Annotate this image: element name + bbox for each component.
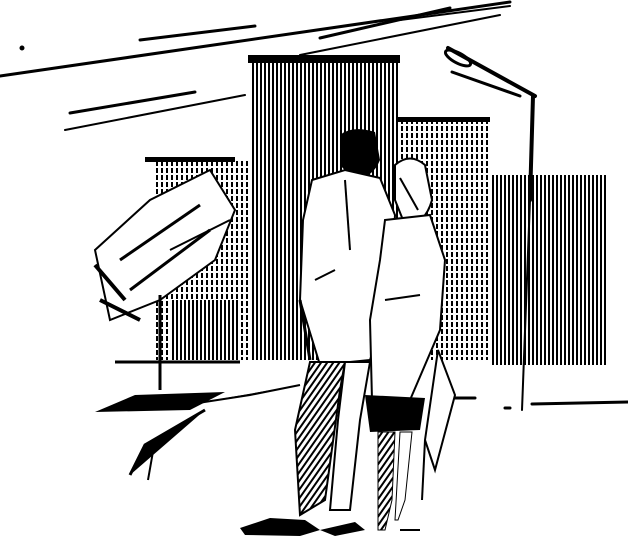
ink-illustration — [0, 0, 628, 556]
ground-lines — [440, 398, 628, 408]
